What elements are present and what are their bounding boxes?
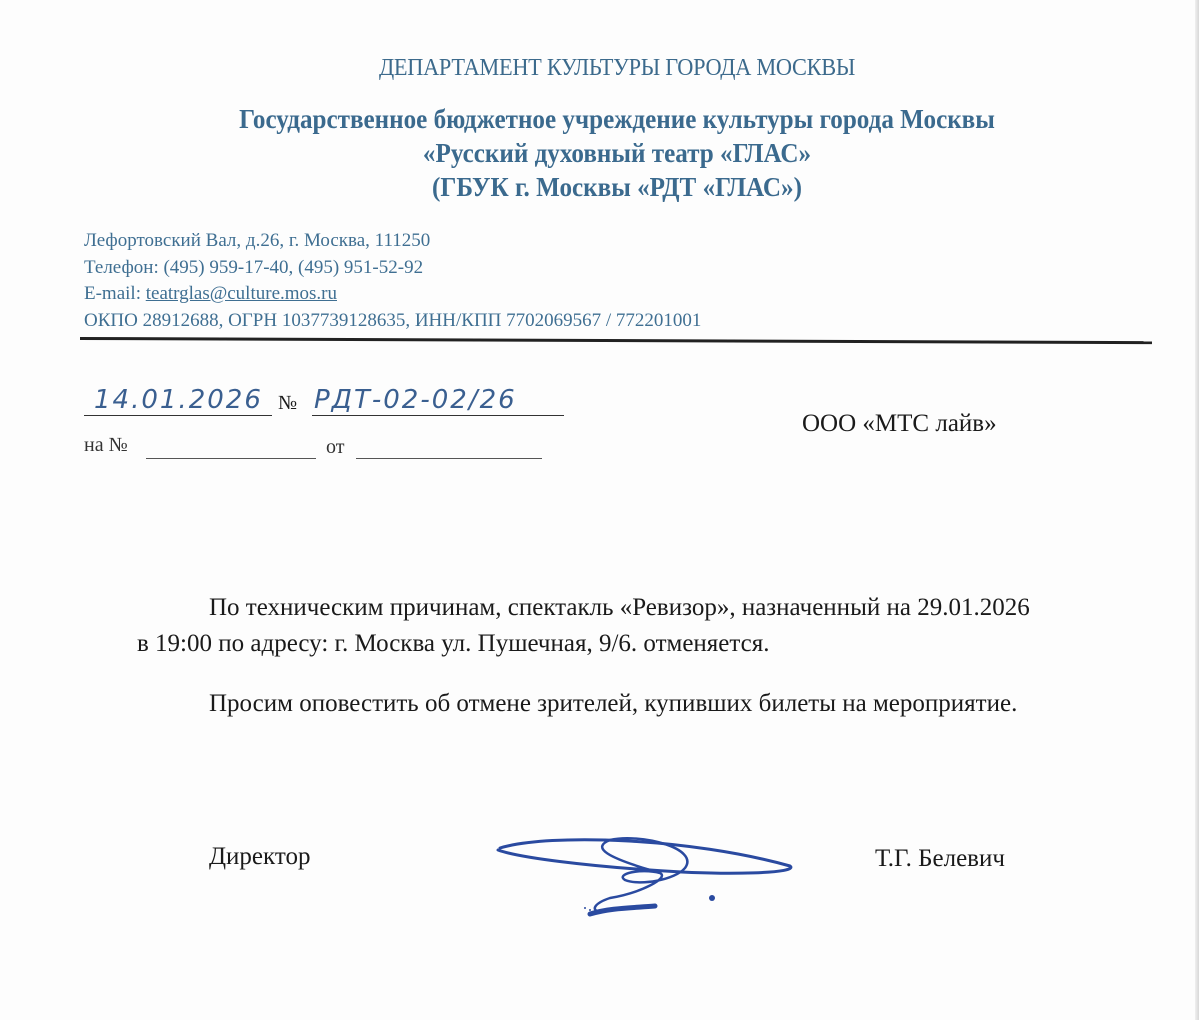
address: Лефортовский Вал, д.26, г. Москва, 11125… — [84, 228, 701, 255]
reply-from-label: от — [326, 436, 344, 459]
body-paragraph: Просим оповестить об отмене зрителей, ку… — [137, 686, 1037, 722]
letterhead-divider — [80, 337, 1152, 344]
letter-body: По техническим причинам, спектакль «Реви… — [137, 590, 1037, 746]
registration-codes: ОКПО 28912688, ОГРН 1037739128635, ИНН/К… — [84, 308, 701, 335]
email-link[interactable]: teatrglas@culture.mos.ru — [146, 283, 337, 304]
outgoing-date: 14.01.2026 — [94, 385, 263, 415]
email-label: E-mail: — [84, 283, 146, 304]
contact-block: Лефортовский Вал, д.26, г. Москва, 11125… — [84, 228, 701, 334]
reply-to-number-field — [146, 436, 316, 459]
org-line: (ГБУК г. Москвы «РДТ «ГЛАС») — [43, 170, 1191, 204]
outgoing-number: РДТ-02-02/26 — [314, 385, 517, 415]
org-line: «Русский духовный театр «ГЛАС» — [43, 136, 1191, 170]
org-line: Государственное бюджетное учреждение кул… — [43, 102, 1191, 136]
outgoing-number-field: РДТ-02-02/26 — [312, 385, 564, 416]
organization-name: Государственное бюджетное учреждение кул… — [43, 102, 1191, 204]
page-edge — [1195, 0, 1199, 1020]
reply-to-label: на № — [84, 434, 128, 457]
number-sign: № — [278, 392, 297, 415]
reply-date-field — [356, 436, 542, 459]
phone: Телефон: (495) 959-17-40, (495) 951-52-9… — [84, 255, 701, 282]
handwritten-signature-icon — [490, 828, 800, 923]
recipient: ООО «МТС лайв» — [802, 410, 997, 438]
signer-title: Директор — [209, 843, 310, 871]
outgoing-date-field: 14.01.2026 — [84, 385, 272, 416]
department-heading: ДЕПАРТАМЕНТ КУЛЬТУРЫ ГОРОДА МОСКВЫ — [43, 55, 1191, 82]
body-paragraph: По техническим причинам, спектакль «Реви… — [137, 590, 1037, 662]
signer-name: Т.Г. Белевич — [875, 845, 1005, 873]
email-line: E-mail: teatrglas@culture.mos.ru — [84, 281, 701, 308]
